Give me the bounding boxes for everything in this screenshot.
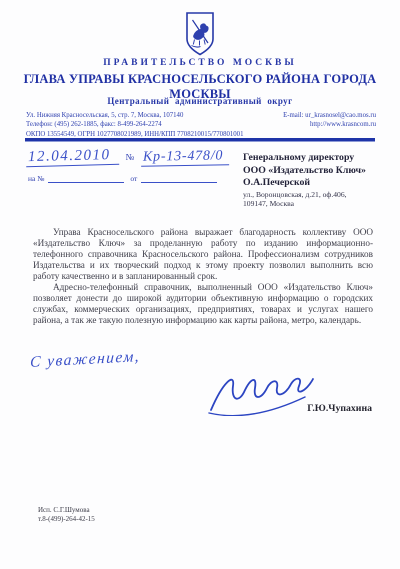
reply-reference-line: на №от [28,174,217,183]
address-line: Ул. Нижняя Красносельская, 5, стр. 7, Мо… [26,111,243,120]
letter-body: Управа Красносельского района выражает б… [33,227,373,326]
body-paragraph-1: Управа Красносельского района выражает б… [33,227,373,282]
executor-name: Исп. С.Г.Шумова [38,506,95,515]
reply-date-blank [141,175,217,183]
email-line: E-mail: ur_krasnosel@cao.mos.ru [283,111,376,120]
reference-line: 12.04.2010 № Кр-13-478/0 [26,147,229,166]
recipient-position: Генеральному директору [243,152,366,165]
reply-na-label: на № [28,174,44,183]
handwritten-outgoing-number: Кр-13-478/0 [141,148,230,167]
district-subtitle: Центральный административный округ [0,96,400,106]
phone-fax-line: Телефон: (495) 262-1885, факс: 8-499-264… [26,120,243,129]
number-sign: № [126,152,135,162]
executor-block: Исп. С.Г.Шумова т.8-(499)-264-42-15 [38,506,95,524]
government-header: ПРАВИТЕЛЬСТВО МОСКВЫ [0,58,400,68]
handwritten-closing: С уважением, [30,348,141,372]
official-letter-document: ПРАВИТЕЛЬСТВО МОСКВЫ ГЛАВА УПРАВЫ КРАСНО… [0,0,400,569]
contact-block: Ул. Нижняя Красносельская, 5, стр. 7, Мо… [26,111,376,139]
reply-ot-label: от [130,174,137,183]
recipient-company: ООО «Издательство Ключ» [243,165,366,178]
handwritten-date: 12.04.2010 [26,147,119,167]
recipient-street: ул., Воронцовская, д.21, оф.406, [243,190,366,200]
moscow-coat-of-arms-icon [185,11,215,57]
body-paragraph-2: Адресно-телефонный справочник, выполненн… [33,282,373,326]
website-line: http://www.krasncom.ru [283,120,376,129]
web-contact-block: E-mail: ur_krasnosel@cao.mos.ru http://w… [283,111,376,139]
signatory-name: Г.Ю.Чупахина [307,403,372,414]
handwritten-signature-icon [205,370,320,416]
letterhead-divider [25,138,375,142]
reply-number-blank [48,175,124,183]
executor-phone: т.8-(499)-264-42-15 [38,515,95,524]
recipient-name: О.А.Печерской [243,177,366,190]
postal-address-block: Ул. Нижняя Красносельская, 5, стр. 7, Мо… [26,111,243,139]
recipient-city: 109147, Москва [243,199,366,209]
recipient-block: Генеральному директору ООО «Издательство… [243,152,366,209]
